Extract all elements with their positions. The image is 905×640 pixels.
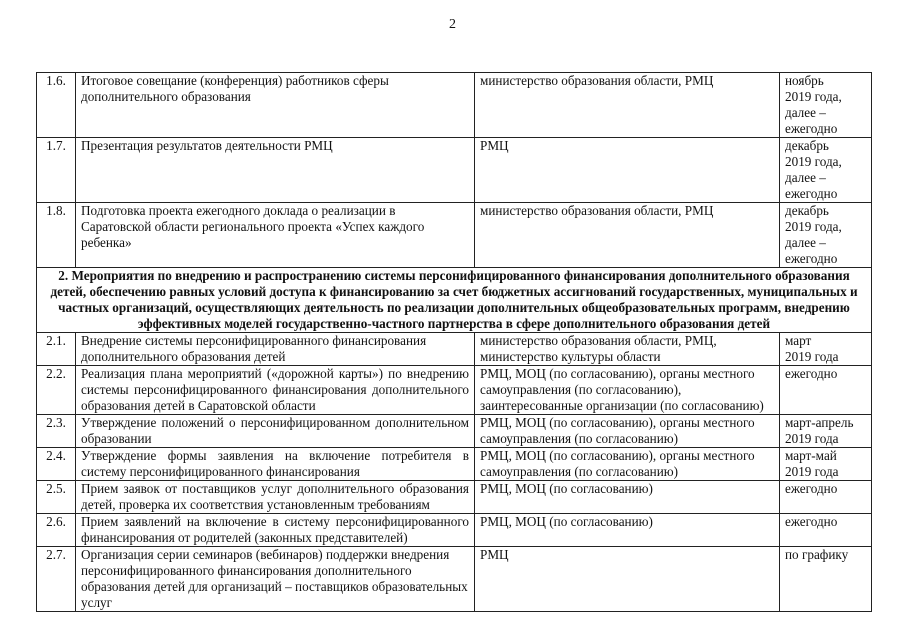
item-number: 2.7.: [37, 547, 76, 612]
item-name: Утверждение формы заявления на включение…: [76, 448, 475, 481]
item-executor: министерство образования области, РМЦ: [475, 73, 780, 138]
item-number: 2.2.: [37, 366, 76, 415]
item-term: март-апрель 2019 года: [780, 415, 872, 448]
item-executor: министерство образования области, РМЦ, м…: [475, 333, 780, 366]
table-row: 2.2. Реализация плана мероприятий («доро…: [37, 366, 872, 415]
item-term: март-май 2019 года: [780, 448, 872, 481]
item-name: Прием заявок от поставщиков услуг дополн…: [76, 481, 475, 514]
item-number: 2.6.: [37, 514, 76, 547]
item-name: Подготовка проекта ежегодного доклада о …: [76, 203, 475, 268]
item-number: 1.7.: [37, 138, 76, 203]
item-term: декабрь 2019 года, далее – ежегодно: [780, 203, 872, 268]
item-term: март 2019 года: [780, 333, 872, 366]
item-name: Внедрение системы персонифицированного ф…: [76, 333, 475, 366]
item-executor: РМЦ, МОЦ (по согласованию), органы местн…: [475, 366, 780, 415]
table-row: 2.4. Утверждение формы заявления на вклю…: [37, 448, 872, 481]
table-row: 2.7. Организация серии семинаров (вебина…: [37, 547, 872, 612]
item-term: декабрь 2019 года, далее – ежегодно: [780, 138, 872, 203]
item-number: 1.6.: [37, 73, 76, 138]
item-term: ноябрь 2019 года, далее – ежегодно: [780, 73, 872, 138]
table-row: 1.8. Подготовка проекта ежегодного докла…: [37, 203, 872, 268]
item-executor: РМЦ, МОЦ (по согласованию), органы местн…: [475, 448, 780, 481]
item-executor: министерство образования области, РМЦ: [475, 203, 780, 268]
item-term: ежегодно: [780, 366, 872, 415]
item-term: ежегодно: [780, 481, 872, 514]
table-row: 2.6. Прием заявлений на включение в сист…: [37, 514, 872, 547]
page-number: 2: [0, 17, 905, 33]
item-name: Реализация плана мероприятий («дорожной …: [76, 366, 475, 415]
item-name: Итоговое совещание (конференция) работни…: [76, 73, 475, 138]
item-executor: РМЦ: [475, 138, 780, 203]
item-executor: РМЦ: [475, 547, 780, 612]
item-name: Презентация результатов деятельности РМЦ: [76, 138, 475, 203]
item-executor: РМЦ, МОЦ (по согласованию): [475, 481, 780, 514]
item-name: Утверждение положений о персонифицирован…: [76, 415, 475, 448]
table-row: 1.6. Итоговое совещание (конференция) ра…: [37, 73, 872, 138]
item-name: Организация серии семинаров (вебинаров) …: [76, 547, 475, 612]
action-plan-table: 1.6. Итоговое совещание (конференция) ра…: [36, 72, 872, 612]
item-number: 1.8.: [37, 203, 76, 268]
item-number: 2.4.: [37, 448, 76, 481]
item-number: 2.1.: [37, 333, 76, 366]
table-row: 2.3. Утверждение положений о персонифици…: [37, 415, 872, 448]
item-number: 2.3.: [37, 415, 76, 448]
table-row: 2.1. Внедрение системы персонифицированн…: [37, 333, 872, 366]
table-row: 2.5. Прием заявок от поставщиков услуг д…: [37, 481, 872, 514]
item-executor: РМЦ, МОЦ (по согласованию), органы местн…: [475, 415, 780, 448]
table-row: 1.7. Презентация результатов деятельност…: [37, 138, 872, 203]
item-number: 2.5.: [37, 481, 76, 514]
item-executor: РМЦ, МОЦ (по согласованию): [475, 514, 780, 547]
item-name: Прием заявлений на включение в систему п…: [76, 514, 475, 547]
item-term: по графику: [780, 547, 872, 612]
item-term: ежегодно: [780, 514, 872, 547]
section-heading-row: 2. Мероприятия по внедрению и распростра…: [37, 268, 872, 333]
section-heading: 2. Мероприятия по внедрению и распростра…: [37, 268, 872, 333]
